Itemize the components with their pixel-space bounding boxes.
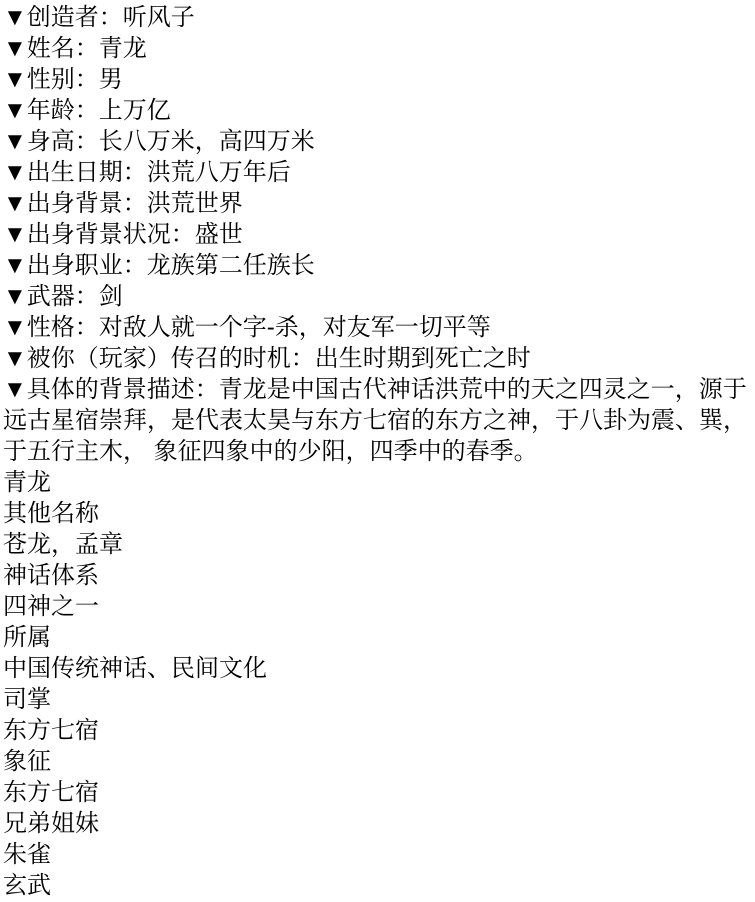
- infobox-entry-label: 兄弟姐妹: [3, 808, 755, 839]
- infobox-entry-label: 所属: [3, 622, 755, 653]
- field-row: ▼性别：男: [3, 64, 755, 95]
- field-row: ▼出身职业：龙族第二任族长: [3, 250, 755, 281]
- collapse-marker-icon: ▼: [3, 66, 27, 93]
- infobox-entry-value: 东方七宿: [3, 715, 755, 746]
- attribute-list: ▼创造者：听风子▼姓名：青龙▼性别：男▼年龄：上万亿▼身高：长八万米，高四万米▼…: [3, 2, 755, 467]
- collapse-marker-icon: ▼: [3, 283, 27, 310]
- collapse-marker-icon: ▼: [3, 4, 27, 31]
- field-label: 年龄：: [27, 97, 99, 124]
- field-value: 剑: [99, 283, 123, 310]
- infobox-entry-label: 神话体系: [3, 560, 755, 591]
- field-value: 男: [99, 66, 123, 93]
- field-row: ▼出身背景：洪荒世界: [3, 188, 755, 219]
- collapse-marker-icon: ▼: [3, 345, 27, 372]
- field-value: 青龙: [99, 35, 147, 62]
- field-label: 身高：: [27, 128, 99, 155]
- collapse-marker-icon: ▼: [3, 252, 27, 279]
- field-row: ▼身高：长八万米，高四万米: [3, 126, 755, 157]
- field-label: 被你（玩家）传召的时机：: [27, 345, 315, 372]
- field-label: 出身职业：: [27, 252, 147, 279]
- infobox-entry-value: 朱雀: [3, 839, 755, 870]
- infobox-entry-value: 东方七宿: [3, 777, 755, 808]
- infobox-entry-value: 苍龙，孟章: [3, 529, 755, 560]
- infobox-entry-label: 象征: [3, 746, 755, 777]
- field-value: 盛世: [195, 221, 243, 248]
- collapse-marker-icon: ▼: [3, 128, 27, 155]
- field-value: 洪荒八万年后: [147, 159, 291, 186]
- field-row: ▼出身背景状况：盛世: [3, 219, 755, 250]
- field-label: 武器：: [27, 283, 99, 310]
- field-value: 出生时期到死亡之时: [315, 345, 531, 372]
- field-row: ▼性格：对敌人就一个字-杀，对友军一切平等: [3, 312, 755, 343]
- field-row: ▼年龄：上万亿: [3, 95, 755, 126]
- field-row: ▼创造者：听风子: [3, 2, 755, 33]
- field-label: 姓名：: [27, 35, 99, 62]
- collapse-marker-icon: ▼: [3, 221, 27, 248]
- field-value: 上万亿: [99, 97, 171, 124]
- field-label: 出生日期：: [27, 159, 147, 186]
- field-row: ▼被你（玩家）传召的时机：出生时期到死亡之时: [3, 343, 755, 374]
- infobox-entry-value: 玄武: [3, 870, 755, 901]
- field-row: ▼武器：剑: [3, 281, 755, 312]
- field-label: 出身背景：: [27, 190, 147, 217]
- field-label: 创造者：: [27, 4, 123, 31]
- field-label: 出身背景状况：: [27, 221, 195, 248]
- character-card-page: ▼创造者：听风子▼姓名：青龙▼性别：男▼年龄：上万亿▼身高：长八万米，高四万米▼…: [0, 0, 755, 901]
- collapse-marker-icon: ▼: [3, 97, 27, 124]
- infobox-entry-label: 其他名称: [3, 498, 755, 529]
- collapse-marker-icon: ▼: [3, 159, 27, 186]
- field-value: 长八万米，高四万米: [99, 128, 315, 155]
- infobox-entry-label: 司掌: [3, 684, 755, 715]
- field-row: ▼姓名：青龙: [3, 33, 755, 64]
- field-label: 性格：: [27, 314, 99, 341]
- collapse-marker-icon: ▼: [3, 376, 27, 403]
- field-row: ▼具体的背景描述：青龙是中国古代神话洪荒中的天之四灵之一，源于远古星宿崇拜，是代…: [3, 374, 755, 467]
- collapse-marker-icon: ▼: [3, 190, 27, 217]
- field-label: 性别：: [27, 66, 99, 93]
- infobox: 青龙其他名称苍龙，孟章神话体系四神之一所属中国传统神话、民间文化司掌东方七宿象征…: [3, 467, 755, 901]
- infobox-entry-value: 四神之一: [3, 591, 755, 622]
- collapse-marker-icon: ▼: [3, 35, 27, 62]
- field-value: 龙族第二任族长: [147, 252, 315, 279]
- infobox-entry-value: 中国传统神话、民间文化: [3, 653, 755, 684]
- field-label: 具体的背景描述：: [27, 376, 219, 403]
- field-value: 洪荒世界: [147, 190, 243, 217]
- field-row: ▼出生日期：洪荒八万年后: [3, 157, 755, 188]
- field-value: 听风子: [123, 4, 195, 31]
- field-value: 对敌人就一个字-杀，对友军一切平等: [99, 314, 491, 341]
- infobox-title: 青龙: [3, 467, 755, 498]
- collapse-marker-icon: ▼: [3, 314, 27, 341]
